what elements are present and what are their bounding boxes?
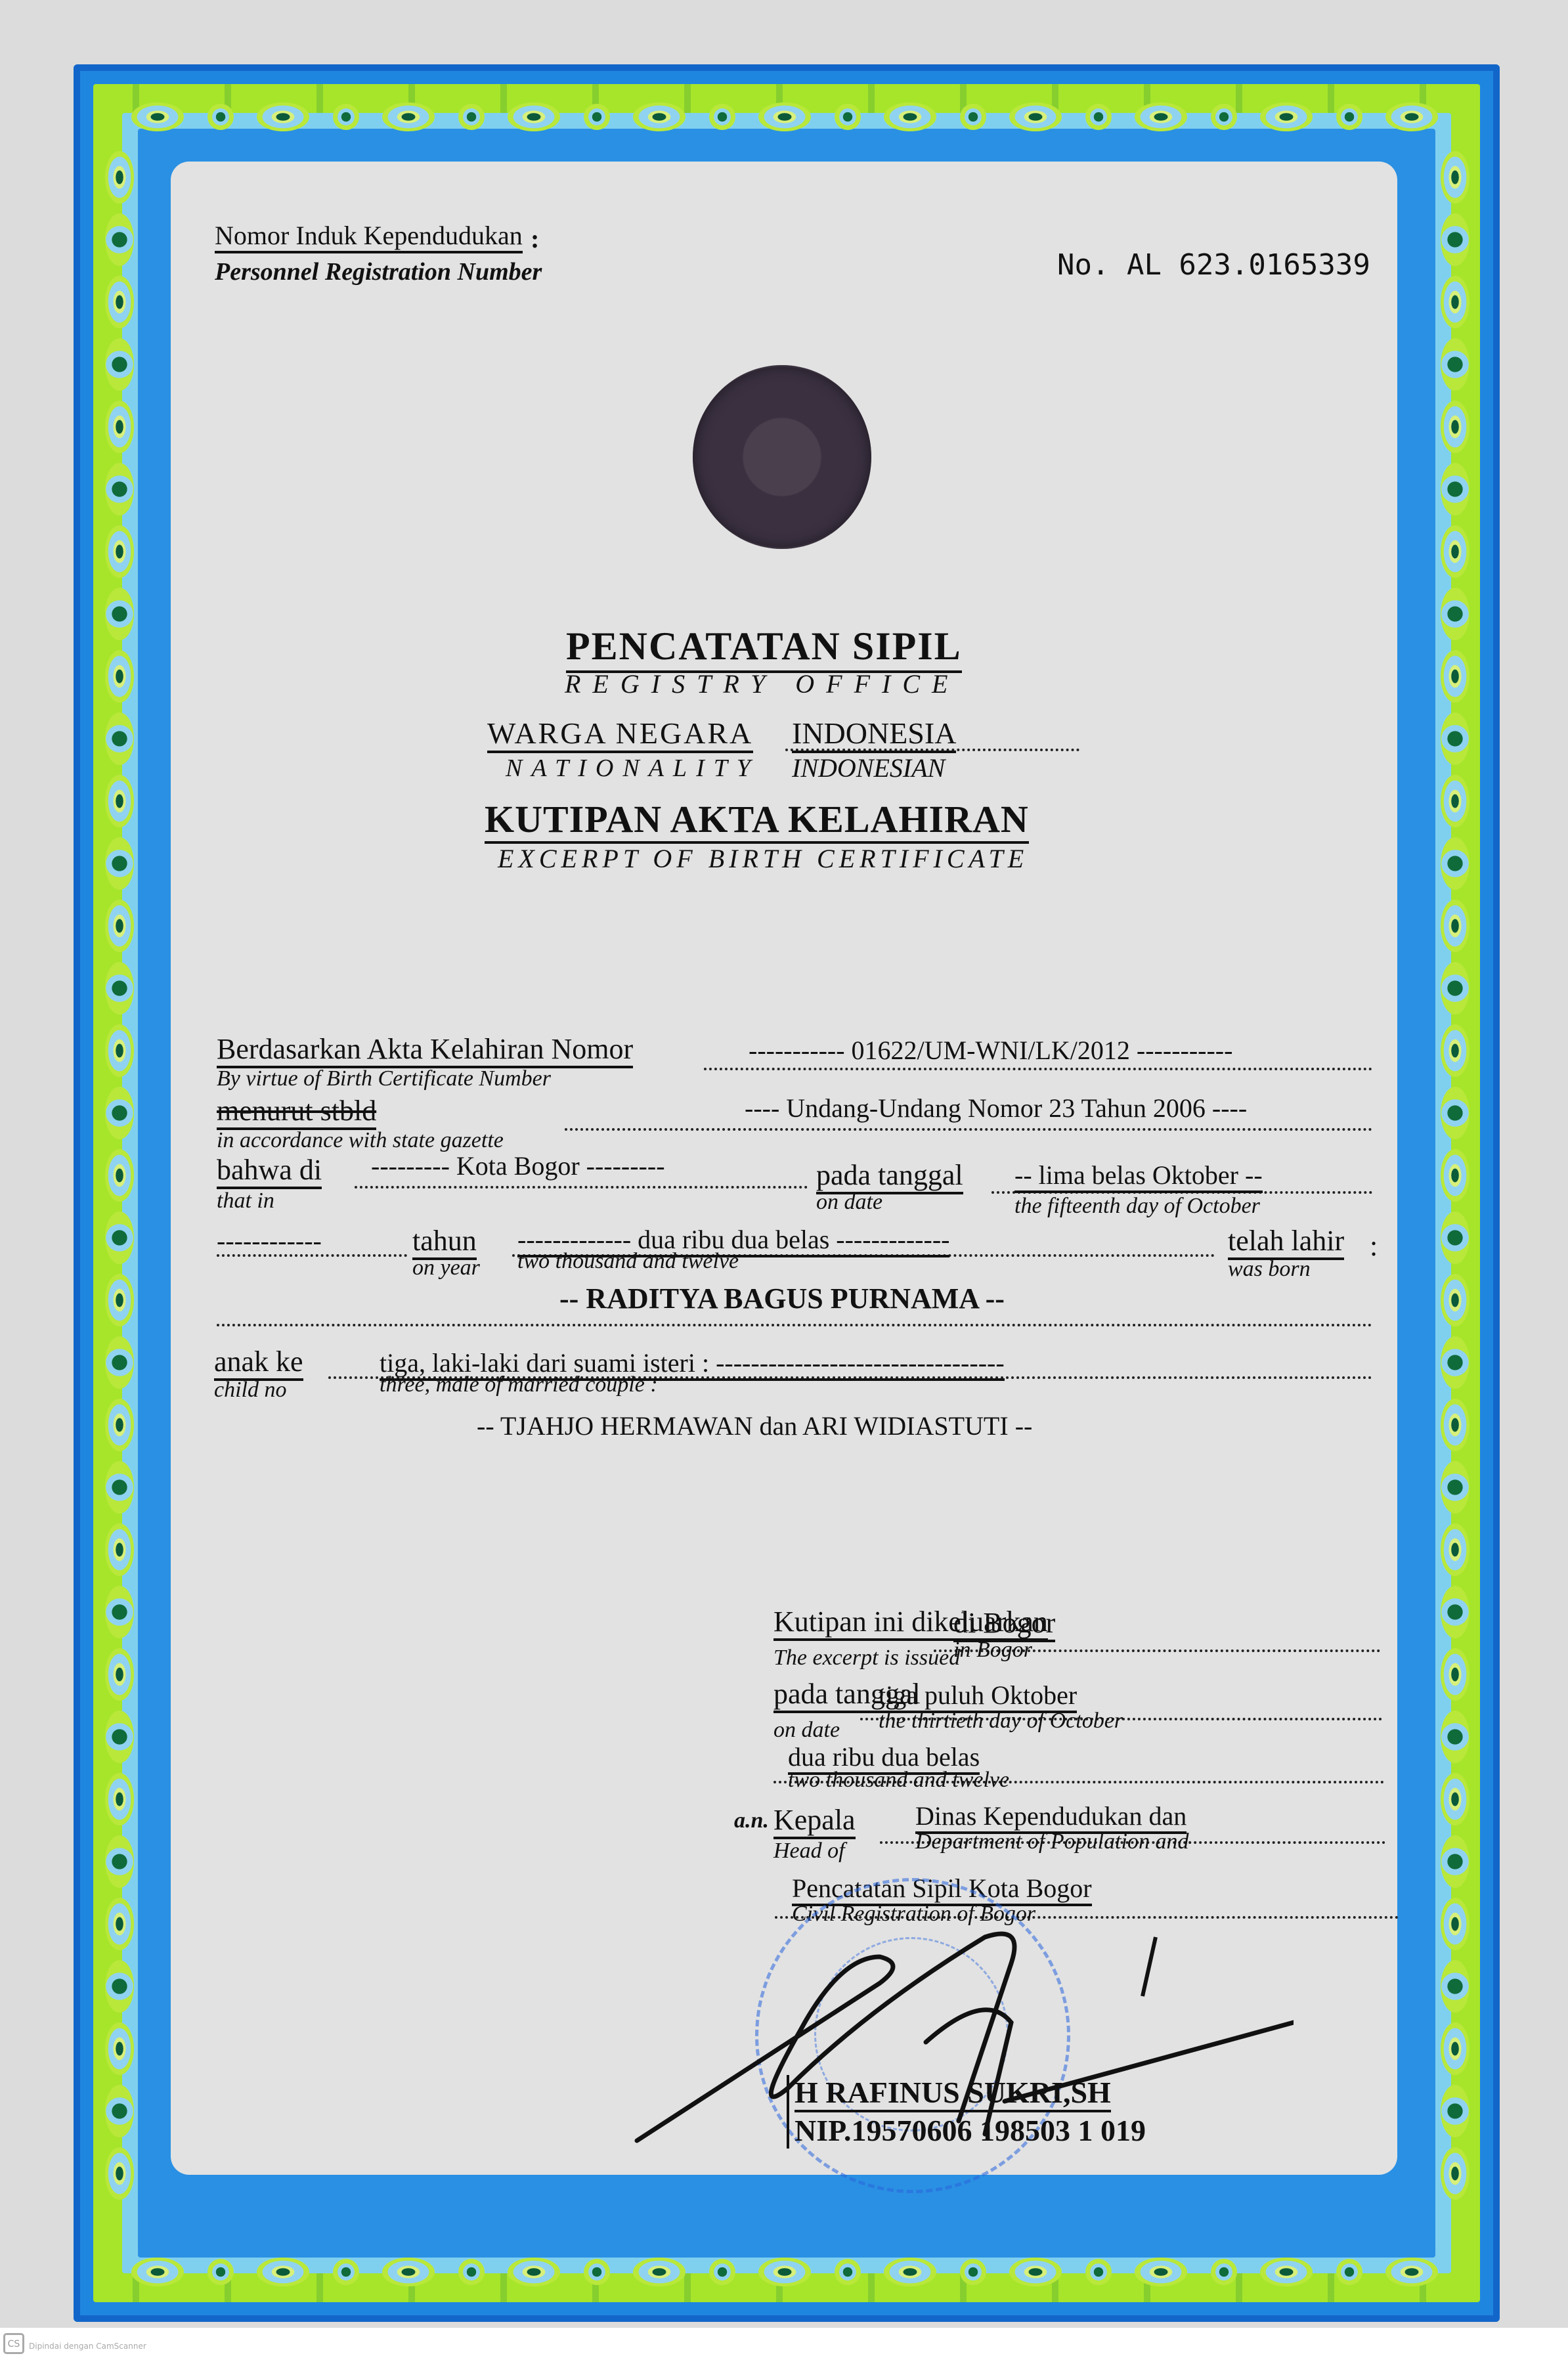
border-ornament — [1211, 2259, 1237, 2285]
nationality-label-en: NATIONALITY — [506, 754, 760, 783]
birth-date-value-en: the fifteenth day of October — [1014, 1194, 1260, 1219]
border-ornament — [1135, 2258, 1187, 2286]
border-ornament — [382, 102, 435, 131]
border-ornament — [884, 2258, 936, 2286]
issued-label-en: The excerpt is issued — [773, 1646, 960, 1670]
border-ornament — [105, 213, 134, 266]
border-ornament — [1441, 1898, 1470, 1950]
issue-date-value-en: the thirtieth day of October — [879, 1709, 1123, 1734]
border-ornament — [1441, 1212, 1470, 1264]
border-ornament — [105, 151, 134, 204]
border-ornament — [105, 2022, 134, 2075]
nationality-value-en: INDONESIAN — [792, 753, 945, 783]
border-ornament — [1441, 2147, 1470, 2200]
born-colon: : — [1370, 1229, 1378, 1263]
border-ornament — [709, 2259, 735, 2285]
border-ornament — [1441, 775, 1470, 827]
issued-place: di Bogor — [953, 1606, 1055, 1642]
signatory-nip: NIP.19570606 198503 1 019 — [795, 2113, 1146, 2148]
border-ornament — [105, 1523, 134, 1576]
border-ornament — [508, 102, 560, 131]
border-ornament — [633, 102, 686, 131]
border-ornament — [458, 2259, 485, 2285]
border-ornament — [105, 1773, 134, 1825]
basis-value: ----------- 01622/UM-WNI/LK/2012 -------… — [749, 1035, 1232, 1066]
border-ornament — [257, 2258, 309, 2286]
born-label-en: was born — [1228, 1257, 1311, 1282]
border-ornament — [333, 104, 359, 130]
place-dotted-line — [355, 1186, 808, 1189]
border-ornament — [1085, 2259, 1112, 2285]
border-ornament — [105, 962, 134, 1015]
border-ornament — [1385, 102, 1438, 131]
border-ornament — [1135, 102, 1187, 131]
border-ornament — [758, 2258, 811, 2286]
border-ornament — [1441, 837, 1470, 890]
border-ornament — [105, 1711, 134, 1763]
border-ornaments-top — [131, 97, 1438, 137]
border-ornament — [1441, 650, 1470, 703]
border-ornament — [105, 1212, 134, 1264]
border-ornament — [105, 1399, 134, 1451]
gazette-label-en: in accordance with state gazette — [217, 1128, 504, 1153]
border-ornament — [105, 650, 134, 703]
border-ornaments-right — [1435, 151, 1475, 2200]
border-ornament — [1441, 2022, 1470, 2075]
issue-date-label-en: on date — [773, 1718, 840, 1743]
border-ornament — [1441, 1274, 1470, 1326]
border-ornament — [1441, 525, 1470, 578]
document-title: KUTIPAN AKTA KELAHIRAN — [485, 797, 1029, 844]
border-ornament — [758, 102, 811, 131]
border-ornament — [131, 2258, 184, 2286]
year-prefix-dotted-line — [217, 1254, 407, 1257]
border-ornament — [105, 1898, 134, 1950]
border-ornament — [960, 104, 986, 130]
border-ornament — [105, 1461, 134, 1514]
border-ornament — [1441, 2085, 1470, 2137]
place-label: bahwa di — [217, 1153, 322, 1189]
border-ornament — [508, 2258, 560, 2286]
border-ornament — [1336, 2259, 1362, 2285]
border-ornament — [633, 2258, 686, 2286]
gazette-dotted-line — [565, 1128, 1372, 1131]
border-ornament — [105, 588, 134, 640]
border-ornament — [1441, 1711, 1470, 1763]
birth-date-label-en: on date — [816, 1190, 882, 1215]
nik-colon: : — [531, 223, 539, 254]
border-ornament — [835, 104, 861, 130]
border-ornament — [207, 104, 234, 130]
child-no-label-en: child no — [214, 1378, 286, 1403]
border-ornament — [1441, 1648, 1470, 1701]
border-ornament — [131, 102, 184, 131]
border-ornament — [1441, 1960, 1470, 2013]
border-ornament — [105, 1648, 134, 1701]
border-ornament — [1211, 104, 1237, 130]
nik-label-en: Personnel Registration Number — [215, 257, 542, 286]
department-value-en: Department of Population and — [915, 1829, 1188, 1854]
border-ornament — [105, 837, 134, 890]
border-ornament — [105, 276, 134, 328]
border-ornament — [584, 2259, 610, 2285]
year-prefix: ------------ — [217, 1225, 322, 1256]
scanner-watermark: Dipindai dengan CamScanner — [29, 2342, 146, 2351]
border-ornament — [1385, 2258, 1438, 2286]
border-ornament — [1441, 1024, 1470, 1077]
border-ornament — [1441, 962, 1470, 1015]
border-ornament — [1441, 1835, 1470, 1888]
nationality-label: WARGA NEGARA — [487, 716, 753, 753]
border-ornament — [105, 1149, 134, 1202]
border-ornament — [105, 775, 134, 827]
border-ornament — [1009, 102, 1062, 131]
parents-names: -- TJAHJO HERMAWAN dan ARI WIDIASTUTI -- — [477, 1410, 1032, 1441]
border-ornament — [105, 712, 134, 765]
border-ornament — [1441, 276, 1470, 328]
child-no-value-en: three, male of married couple : — [380, 1372, 658, 1397]
border-ornament — [105, 1274, 134, 1326]
office-title-en: REGISTRY OFFICE — [565, 668, 959, 699]
born-label: telah lahir — [1228, 1224, 1344, 1260]
border-ornament — [1441, 588, 1470, 640]
border-ornament — [1441, 463, 1470, 515]
border-ornament — [105, 1835, 134, 1888]
border-ornament — [835, 2259, 861, 2285]
border-ornament — [1441, 213, 1470, 266]
office-title: PENCATATAN SIPIL — [566, 624, 962, 673]
child-name: -- RADITYA BAGUS PURNAMA -- — [559, 1282, 1005, 1315]
border-ornament — [458, 104, 485, 130]
border-ornament — [1260, 102, 1313, 131]
border-ornament — [1009, 2258, 1062, 2286]
border-ornament — [105, 1024, 134, 1077]
border-ornament — [257, 102, 309, 131]
gazette-value: ---- Undang-Undang Nomor 23 Tahun 2006 -… — [745, 1093, 1247, 1124]
border-ornament — [884, 102, 936, 131]
border-ornament — [1441, 338, 1470, 391]
border-ornament — [1441, 1523, 1470, 1576]
birth-date-value: -- lima belas Oktober -- — [1014, 1160, 1263, 1193]
place-value: --------- Kota Bogor --------- — [371, 1150, 665, 1181]
gazette-label: menurut stbld — [217, 1094, 376, 1130]
border-ornament — [1441, 900, 1470, 952]
border-ornament — [960, 2259, 986, 2285]
signature-bracket — [787, 2075, 789, 2149]
border-ornaments-bottom — [131, 2252, 1438, 2292]
issue-year-value-en: two thousand and twelve — [788, 1768, 1009, 1793]
border-ornament — [1441, 401, 1470, 453]
camscanner-logo-icon: CS — [3, 2333, 24, 2354]
signatory-name: H RAFINUS SUKRI,SH — [795, 2075, 1111, 2112]
child-name-dotted-line — [217, 1324, 1372, 1326]
head-label-en: Head of — [773, 1839, 845, 1864]
embossed-seal — [693, 365, 871, 549]
border-ornament — [207, 2259, 234, 2285]
year-label-en: on year — [412, 1255, 480, 1280]
border-ornament — [1085, 104, 1112, 130]
border-ornament — [1441, 1087, 1470, 1139]
border-ornament — [1260, 2258, 1313, 2286]
on-behalf-mark: a.n. — [734, 1808, 769, 1833]
birth-date-label: pada tanggal — [816, 1158, 963, 1194]
place-label-en: that in — [217, 1189, 274, 1213]
border-ornament — [105, 401, 134, 453]
border-ornament — [1441, 1461, 1470, 1514]
nationality-value: INDONESIA — [792, 716, 956, 753]
border-ornament — [1441, 1399, 1470, 1451]
border-ornament — [105, 1336, 134, 1389]
issued-place-en: in Bogor — [953, 1638, 1032, 1663]
border-ornament — [105, 2085, 134, 2137]
border-ornament — [1441, 1336, 1470, 1389]
border-ornament — [584, 104, 610, 130]
certificate-number: No. AL 623.0165339 — [1057, 248, 1370, 282]
border-ornament — [105, 338, 134, 391]
border-ornament — [1441, 151, 1470, 204]
border-ornament — [105, 1960, 134, 2013]
border-ornament — [105, 1586, 134, 1638]
border-ornament — [333, 2259, 359, 2285]
border-ornament — [105, 525, 134, 578]
border-ornament — [1441, 712, 1470, 765]
border-ornament — [1336, 104, 1362, 130]
border-ornament — [1441, 1149, 1470, 1202]
border-ornament — [382, 2258, 435, 2286]
document-title-en: EXCERPT OF BIRTH CERTIFICATE — [498, 843, 1028, 874]
year-label: tahun — [412, 1224, 477, 1260]
nik-label: Nomor Induk Kependudukan — [215, 221, 523, 253]
basis-label-en: By virtue of Birth Certificate Number — [217, 1066, 551, 1091]
basis-dotted-line — [704, 1068, 1372, 1070]
border-ornament — [105, 900, 134, 952]
basis-label: Berdasarkan Akta Kelahiran Nomor — [217, 1032, 633, 1068]
border-ornament — [709, 104, 735, 130]
border-ornament — [1441, 1773, 1470, 1825]
border-ornament — [105, 1087, 134, 1139]
border-ornament — [105, 463, 134, 515]
border-ornament — [105, 2147, 134, 2200]
head-label: Kepala — [773, 1803, 856, 1839]
border-ornament — [1441, 1586, 1470, 1638]
border-ornaments-left — [100, 151, 139, 2200]
child-no-label: anak ke — [214, 1345, 303, 1381]
year-value-en: two thousand and twelve — [517, 1249, 739, 1274]
